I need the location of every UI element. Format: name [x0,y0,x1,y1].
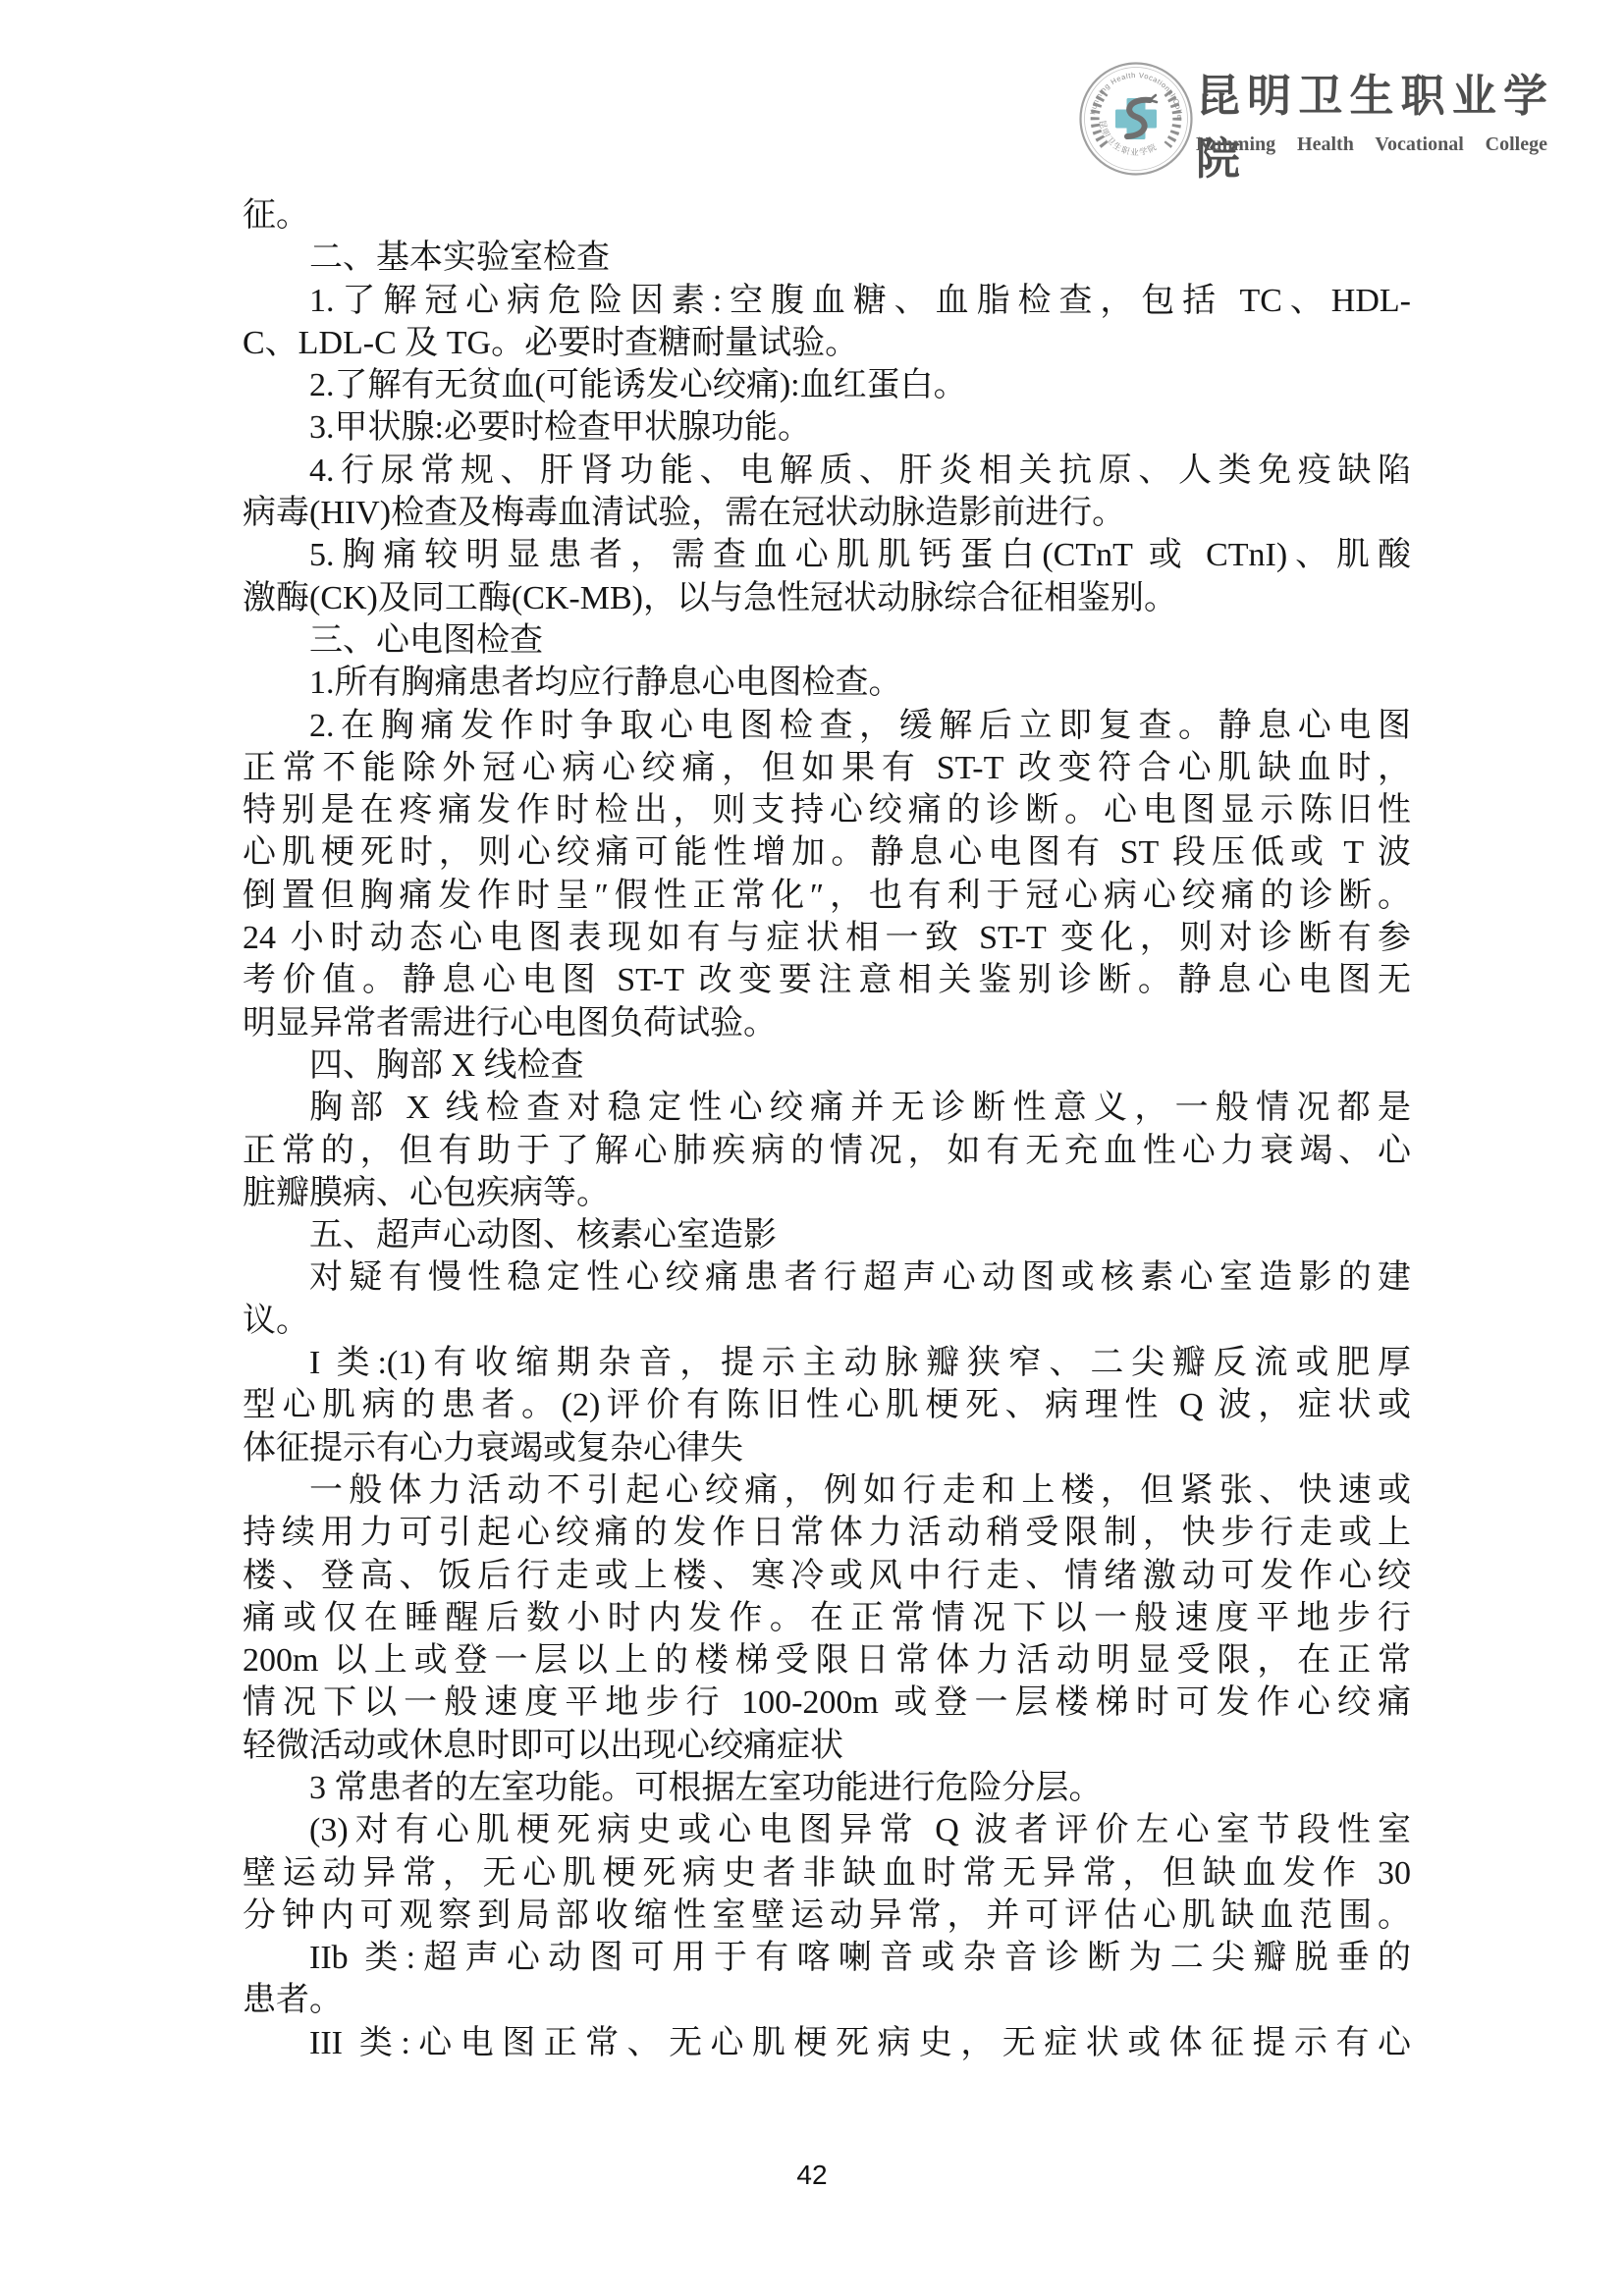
document-line: 持续用力可引起心绞痛的发作日常体力活动稍受限制，快步行走或上 [243,1512,1411,1554]
document-line: 3.甲状腺:必要时检查甲状腺功能。 [243,406,1411,449]
document-line: I 类:(1)有收缩期杂音，提示主动脉瓣狭窄、二尖瓣反流或肥厚 [243,1342,1411,1384]
document-line: 200m 以上或登一层以上的楼梯受限日常体力活动明显受限，在正常 [243,1639,1411,1682]
document-line: 2.在胸痛发作时争取心电图检查，缓解后立即复查。静息心电图 [243,705,1411,747]
document-line: 倒置但胸痛发作时呈″假性正常化″，也有利于冠心病心绞痛的诊断。 [243,875,1411,917]
document-line: 4.行尿常规、肝肾功能、电解质、肝炎相关抗原、人类免疫缺陷 [243,450,1411,492]
document-line: 轻微活动或休息时即可以出现心绞痛症状 [243,1725,1411,1767]
document-line: 24 小时动态心电图表现如有与症状相一致 ST-T 变化，则对诊断有参 [243,917,1411,959]
document-line: 情况下以一般速度平地步行 100-200m 或登一层楼梯时可发作心绞痛 [243,1682,1411,1724]
document-line: 胸部 X 线检查对稳定性心绞痛并无诊断性意义，一般情况都是 [243,1087,1411,1129]
document-line: 心肌梗死时，则心绞痛可能性增加。静息心电图有 ST 段压低或 T 波 [243,831,1411,874]
document-line: 激酶(CK)及同工酶(CK-MB)，以与急性冠状动脉综合征相鉴别。 [243,577,1411,619]
document-line: 征。 [243,194,1411,237]
document-line: 2.了解有无贫血(可能诱发心绞痛):血红蛋白。 [243,364,1411,406]
document-line: 痛或仅在睡醒后数小时内发作。在正常情况下以一般速度平地步行 [243,1597,1411,1639]
document-line: 特别是在疼痛发作时检出，则支持心绞痛的诊断。心电图显示陈旧性 [243,789,1411,831]
document-line: 1.所有胸痛患者均应行静息心电图检查。 [243,662,1411,704]
document-line: 正常的，但有助于了解心肺疾病的情况，如有无充血性心力衰竭、心 [243,1130,1411,1172]
document-line section-heading: 二、基本实验室检查 [243,237,1411,279]
college-name-calligraphy: 昆明卫生职业学院 [1196,65,1547,128]
college-name-english: Kunming Health Vocational College [1196,132,1547,157]
document-line: 1.了解冠心病危险因素:空腹血糖、血脂检查，包括 TC、HDL- [243,280,1411,322]
document-line: 病毒(HIV)检查及梅毒血清试验，需在冠状动脉造影前进行。 [243,492,1411,534]
document-line: 3 常患者的左室功能。可根据左室功能进行危险分层。 [243,1767,1411,1809]
document-line: III 类:心电图正常、无心肌梗死病史，无症状或体征提示有心 [243,2022,1411,2064]
document-line: 议。 [243,1300,1411,1342]
document-line section-heading: 五、超声心动图、核素心室造影 [243,1214,1411,1256]
document-line: IIb 类:超声心动图可用于有喀喇音或杂音诊断为二尖瓣脱垂的 [243,1937,1411,1979]
document-line: 壁运动异常，无心肌梗死病史者非缺血时常无异常，但缺血发作 30 [243,1852,1411,1895]
document-line: 明显异常者需进行心电图负荷试验。 [243,1002,1411,1044]
document-line: 一般体力活动不引起心绞痛，例如行走和上楼，但紧张、快速或 [243,1469,1411,1512]
document-line: 5.胸痛较明显患者，需查血心肌肌钙蛋白(CTnT 或 CTnI)、肌酸 [243,534,1411,576]
document-body: 征。 二、基本实验室检查 1.了解冠心病危险因素:空腹血糖、血脂检查，包括 TC… [243,194,1411,2064]
document-line: 脏瓣膜病、心包疾病等。 [243,1172,1411,1214]
page-number: 42 [0,2160,1624,2191]
document-line: (3)对有心肌梗死病史或心电图异常 Q 波者评价左心室节段性室 [243,1809,1411,1851]
document-line: 患者。 [243,1979,1411,2021]
document-line: 型心肌病的患者。(2)评价有陈旧性心肌梗死、病理性 Q 波，症状或 [243,1384,1411,1426]
document-line: 楼、登高、饭后行走或上楼、寒冷或风中行走、情绪激动可发作心绞 [243,1555,1411,1597]
document-line section-heading: 三、心电图检查 [243,619,1411,662]
document-line section-heading: 四、胸部 X 线检查 [243,1044,1411,1087]
document-line: C、LDL-C 及 TG。必要时查糖耐量试验。 [243,322,1411,364]
document-line: 体征提示有心力衰竭或复杂心律失 [243,1427,1411,1469]
college-logo-seal: Kunming Health Vocational College 昆明卫生职业… [1078,61,1194,177]
document-line: 正常不能除外冠心病心绞痛，但如果有 ST-T 改变符合心肌缺血时， [243,747,1411,789]
document-page: Kunming Health Vocational College 昆明卫生职业… [0,0,1624,2296]
document-line: 对疑有慢性稳定性心绞痛患者行超声心动图或核素心室造影的建 [243,1256,1411,1299]
document-line: 分钟内可观察到局部收缩性室壁运动异常，并可评估心肌缺血范围。 [243,1895,1411,1937]
document-line: 考价值。静息心电图 ST-T 改变要注意相关鉴别诊断。静息心电图无 [243,959,1411,1001]
